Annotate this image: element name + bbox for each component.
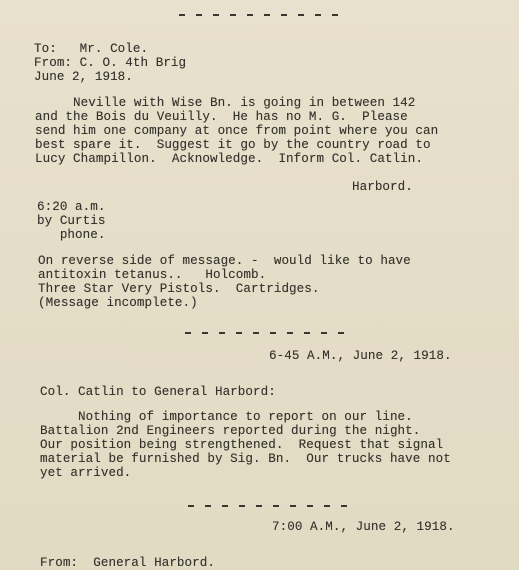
message1-body-line: best spare it. Suggest it go by the coun… [35, 138, 431, 152]
message1-from: From: C. O. 4th Brig [34, 56, 186, 70]
message3-timestamp: 7:00 A.M., June 2, 1918. [272, 520, 455, 534]
document-page: To: Mr. Cole. From: C. O. 4th Brig June … [0, 0, 519, 570]
message1-body-line: and the Bois du Veuilly. He has no M. G.… [35, 110, 408, 124]
message1-to: To: Mr. Cole. [34, 42, 148, 56]
separator-dashes [185, 330, 355, 336]
message2-body-line: material be furnished by Sig. Bn. Our tr… [40, 452, 451, 466]
separator-dashes [179, 12, 349, 18]
reverse-note-line: On reverse side of message. - would like… [38, 254, 411, 268]
message1-date: June 2, 1918. [34, 70, 133, 84]
separator-dashes [188, 503, 358, 509]
message1-body-line: send him one company at once from point … [35, 124, 438, 138]
message1-body-line: Lucy Champillon. Acknowledge. Inform Col… [35, 152, 423, 166]
message2-body-line: Our position being strengthened. Request… [40, 438, 443, 452]
message1-method: phone. [37, 228, 105, 242]
reverse-note-line: antitoxin tetanus.. Holcomb. [38, 268, 266, 282]
message1-body-line: Neville with Wise Bn. is going in betwee… [35, 96, 415, 110]
message1-time: 6:20 a.m. [37, 200, 105, 214]
message1-sender: by Curtis [37, 214, 105, 228]
message2-body-line: yet arrived. [40, 466, 131, 480]
message2-timestamp: 6-45 A.M., June 2, 1918. [269, 349, 452, 363]
message2-body-line: Nothing of importance to report on our l… [40, 410, 413, 424]
message1-signature: Harbord. [352, 180, 413, 194]
message2-heading: Col. Catlin to General Harbord: [40, 385, 276, 399]
reverse-note-line: Three Star Very Pistols. Cartridges. [38, 282, 319, 296]
reverse-note-line: (Message incomplete.) [38, 296, 198, 310]
message3-from: From: General Harbord. [40, 556, 215, 570]
message2-body-line: Battalion 2nd Engineers reported during … [40, 424, 420, 438]
